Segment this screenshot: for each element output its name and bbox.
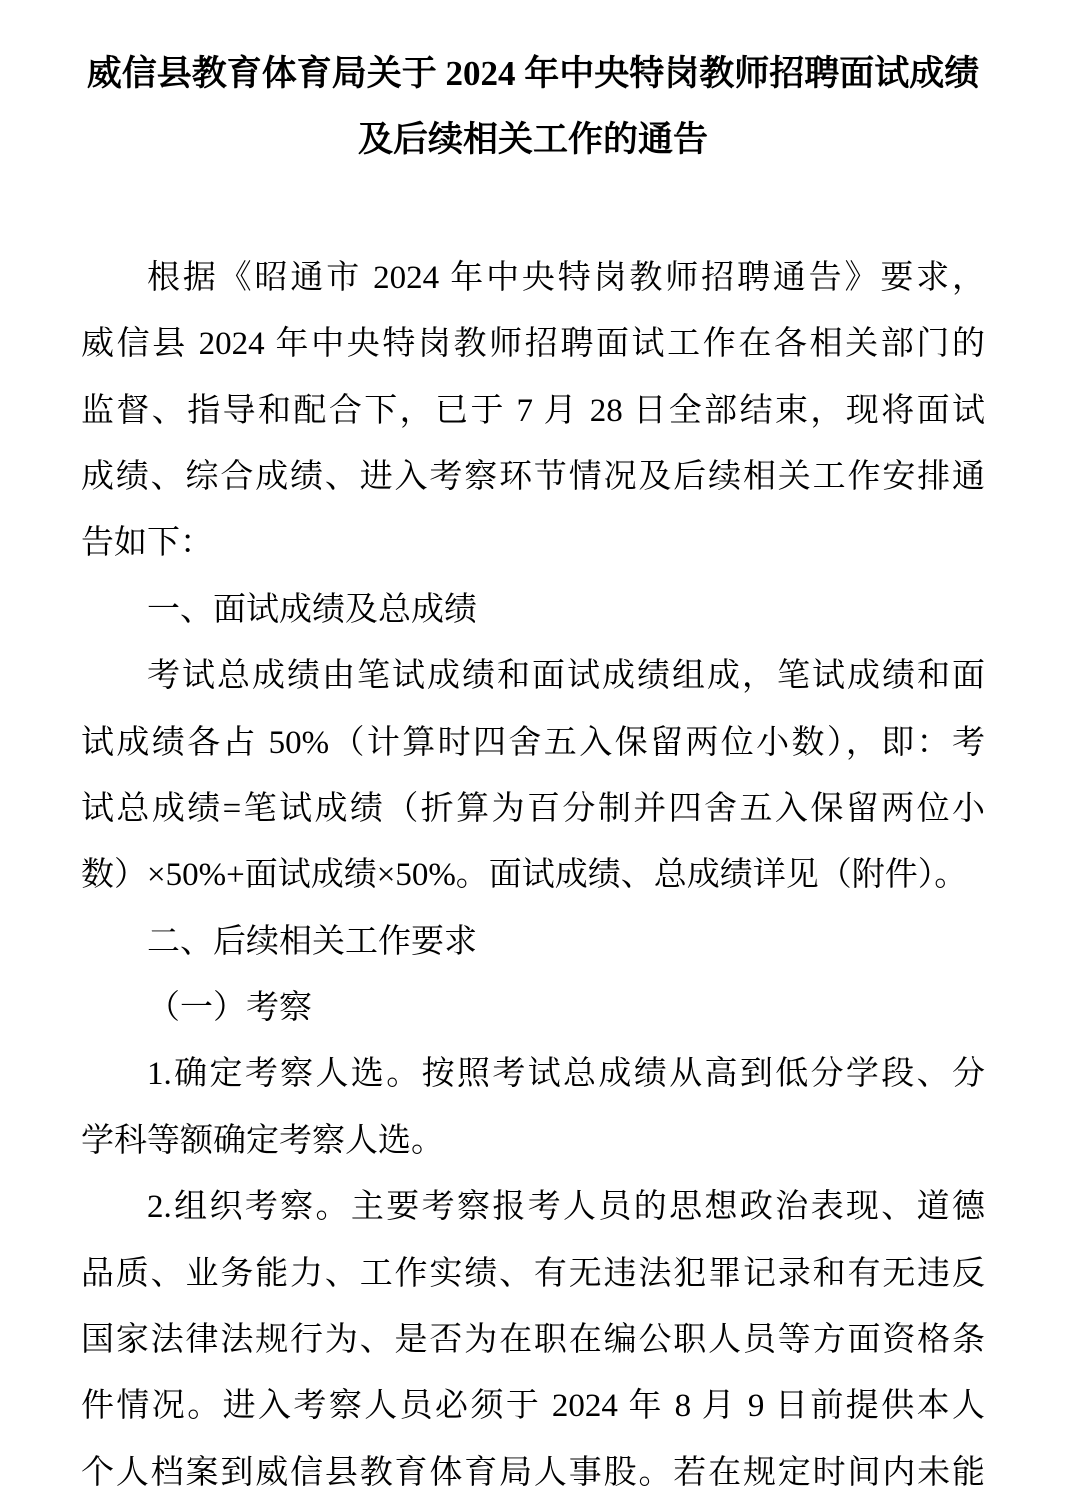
text-line: 数）×50%+面试成绩×50%。面试成绩、总成绩详见（附件）。 — [81, 842, 985, 908]
document-body: 根据《昭通市 2024 年中央特岗教师招聘通告》要求，威信县 2024 年中央特… — [81, 245, 985, 1504]
section-2-heading: 二、后续相关工作要求 — [81, 909, 985, 975]
text-line: 根据《昭通市 2024 年中央特岗教师招聘通告》要求， — [81, 245, 985, 311]
title-line: 及后续相关工作的通告 — [81, 107, 985, 173]
title-line: 威信县教育体育局关于 2024 年中央特岗教师招聘面试成绩 — [81, 41, 985, 107]
section-1-heading: 一、面试成绩及总成绩 — [81, 577, 985, 643]
text-line: 一、面试成绩及总成绩 — [81, 577, 985, 643]
subsection-2-1-heading: （一）考察 — [81, 975, 985, 1041]
text-line: 试总成绩=笔试成绩（折算为百分制并四舍五入保留两位小 — [81, 776, 985, 842]
text-line: 1.确定考察人选。按照考试总成绩从高到低分学段、分 — [81, 1041, 985, 1107]
text-line: 国家法律法规行为、是否为在职在编公职人员等方面资格条 — [81, 1307, 985, 1373]
document-title: 威信县教育体育局关于 2024 年中央特岗教师招聘面试成绩及后续相关工作的通告 — [81, 41, 985, 174]
scoring-paragraph: 考试总成绩由笔试成绩和面试成绩组成，笔试成绩和面试成绩各占 50%（计算时四舍五… — [81, 643, 985, 909]
document-page: 威信县教育体育局关于 2024 年中央特岗教师招聘面试成绩及后续相关工作的通告 … — [0, 0, 1066, 1504]
text-line: 学科等额确定考察人选。 — [81, 1108, 985, 1174]
text-line: 二、后续相关工作要求 — [81, 909, 985, 975]
inspection-item-1-paragraph: 1.确定考察人选。按照考试总成绩从高到低分学段、分学科等额确定考察人选。 — [81, 1041, 985, 1174]
text-line: 监督、指导和配合下，已于 7 月 28 日全部结束，现将面试 — [81, 378, 985, 444]
intro-paragraph: 根据《昭通市 2024 年中央特岗教师招聘通告》要求，威信县 2024 年中央特… — [81, 245, 985, 577]
text-line: （一）考察 — [81, 975, 985, 1041]
text-line: 告如下： — [81, 510, 985, 576]
text-line: 件情况。进入考察人员必须于 2024 年 8 月 9 日前提供本人 — [81, 1373, 985, 1439]
text-line: 成绩、综合成绩、进入考察环节情况及后续相关工作安排通 — [81, 444, 985, 510]
text-line: 试成绩各占 50%（计算时四舍五入保留两位小数），即：考 — [81, 710, 985, 776]
text-line: 威信县 2024 年中央特岗教师招聘面试工作在各相关部门的 — [81, 311, 985, 377]
text-line: 2.组织考察。主要考察报考人员的思想政治表现、道德 — [81, 1174, 985, 1240]
text-line: 考试总成绩由笔试成绩和面试成绩组成，笔试成绩和面 — [81, 643, 985, 709]
inspection-item-2-paragraph: 2.组织考察。主要考察报考人员的思想政治表现、道德品质、业务能力、工作实绩、有无… — [81, 1174, 985, 1504]
text-line: 品质、业务能力、工作实绩、有无违法犯罪记录和有无违反 — [81, 1241, 985, 1307]
text-line: 个人档案到威信县教育体育局人事股。若在规定时间内未能 — [81, 1440, 985, 1504]
